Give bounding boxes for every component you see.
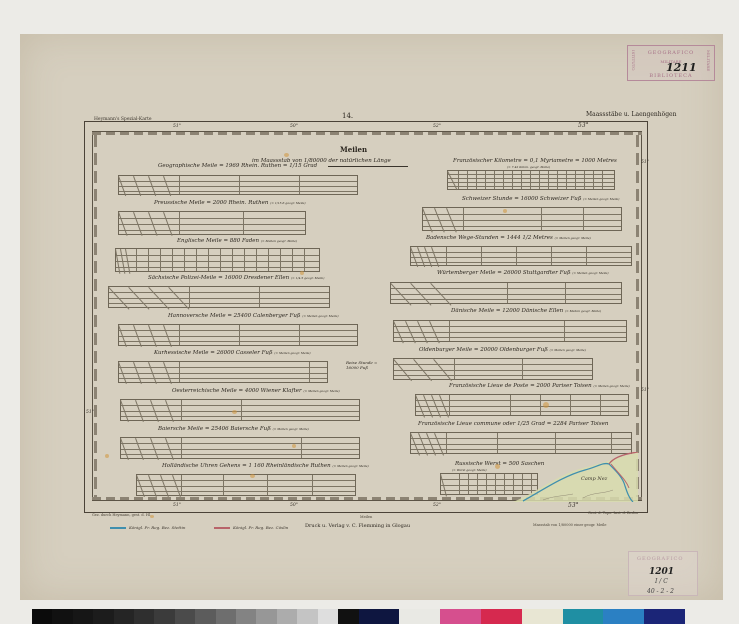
scale-grid [410,432,632,454]
left-degree-band [94,135,97,497]
coastline-inset-map: Camp Nez [513,452,638,502]
scale-grid [410,246,632,266]
scale-right-6: Französische Lieue de Poste = 2000 Paris… [415,383,655,423]
scale-right-5: Oldenburger Meile = 20000 Oldenburger Fu… [393,347,653,387]
bottom-scale-note: Massstab von 1/80000 einer geogr. Meile [533,523,606,527]
library-stamp-bottom: GEOGRAFICO 1201 I / C 40 - 2 - 2 [628,551,698,596]
scale-left-0: Geographische Meile = 1969 Rhein. Ruthen… [118,163,378,203]
scale-left-2: Englische Meile = 880 Faden (= Meilen ge… [115,238,375,278]
scale-grid [118,361,328,383]
scale-caption: Würtemberger Meile = 26000 Stuttgardter … [437,270,609,276]
publisher-imprint: Druck u. Verlag v. C. Flemming in Glogau [305,523,410,529]
scale-caption: Preussische Meile = 2000 Rhein. Ruthen (… [154,200,306,206]
scale-caption: Sächsische Polizei-Meile = 16000 Dresden… [148,275,324,281]
scale-left-8: Holländische Uhren Gehens = 1 160 Rheinl… [136,463,396,503]
scale-caption: Baiersche Meile = 25406 Baiersche Fuß (=… [158,426,309,432]
scale-note: (= 7.42 Kilom. geogr. Meile) [507,165,550,169]
bottom-right-note: Gest. d. Topo. Inst. d. Berlin [588,511,638,515]
library-stamp-top: ISTITUTO MILITARE GEOGRAFICO MILITARE 12… [627,45,715,81]
deg-left-1: 51° [86,410,94,415]
scale-right-0: Französischer Kilometre = 0,1 Myriametre… [447,158,647,198]
deg-top-3: 52° [433,124,441,129]
scale-left-4: Hannoversche Meile = 25400 Calenberger F… [118,313,388,353]
scan-background: ISTITUTO MILITARE GEOGRAFICO MILITARE 12… [0,0,739,624]
sheet-title: Maassstäbe u. Laengenhögen [586,111,676,118]
bottom-left-note: Gez. durch Heymann, gest. d. Hl. [92,513,151,517]
scale-caption: Geographische Meile = 1969 Rhein. Ruthen… [158,163,317,169]
scale-caption: Englische Meile = 880 Faden (= Meilen ge… [177,238,297,244]
deg-bottom-1: 51° [173,503,181,508]
scale-left-7: Baiersche Meile = 25406 Baiersche Fuß (=… [120,426,390,466]
scale-grid [120,437,360,459]
scale-caption: Oldenburger Meile = 20000 Oldenburger Fu… [419,347,586,353]
stamp-line3: BIBLIOTECA [628,73,714,79]
scale-caption: Schweizer Stunde = 16000 Schweizer Fuß (… [462,196,619,202]
scale-grid [118,324,358,346]
bottom-center-note: Meilen [360,515,372,519]
scale-right-4: Dänische Meile = 12000 Dänische Ellen (=… [393,308,653,348]
legend-swatch-red [214,527,230,529]
scale-grid [422,207,622,231]
scale-grid [120,399,360,421]
stamp-bottom-line3: 40 - 2 - 2 [647,588,674,595]
scale-caption: Oesterreichische Meile = 4000 Wiener Kla… [172,388,340,394]
legend-item-coeslin: Königl. Pr. Reg. Bez. Cöslin [214,525,288,530]
scale-grid [393,358,593,380]
reise-stunde-note: Reise Stunde = 16000 Fuß [346,360,380,370]
scale-caption: Badensche Wege-Stunden = 1444 1/2 Metres… [426,235,591,241]
scale-caption: Französische Lieue de Poste = 2000 Paris… [449,383,630,389]
sheet-number: 14. [342,112,353,120]
scale-grid [136,474,356,496]
deg-bottom-2: 50° [290,503,298,508]
scale-caption: Kurhessische Meile = 26000 Casseler Fuß … [154,350,311,356]
scale-left-5: Kurhessische Meile = 26000 Casseler Fuß … [118,350,388,390]
scale-grid [115,248,320,272]
scale-caption: Holländische Uhren Gehens = 1 160 Rheinl… [162,463,369,469]
stamp-bottom-number: 1201 [649,567,674,577]
deg-top-1: 51° [173,124,181,129]
scale-caption: Französische Lieue commune oder 1/25 Gra… [418,421,608,427]
scale-left-1: Preussische Meile = 2000 Rhein. Ruthen (… [118,200,378,240]
stamp-line1: GEOGRAFICO [628,50,714,56]
scale-grid [390,282,622,304]
deg-bottom-4: 53° [568,502,579,509]
scale-grid [108,286,330,308]
scale-grid [447,170,615,190]
scale-right-1: Schweizer Stunde = 16000 Schweizer Fuß (… [422,196,652,236]
scale-right-2: Badensche Wege-Stunden = 1444 1/2 Metres… [410,235,650,275]
scale-grid [393,320,627,342]
scale-grid [118,175,358,195]
legend-item-stettin: Königl. Pr. Reg. Bez. Stettin [110,525,185,530]
color-calibration-strip [32,609,685,624]
legend-swatch-blue [110,527,126,529]
svg-text:Camp Nez: Camp Nez [581,476,608,482]
scale-right-3: Würtemberger Meile = 26000 Stuttgardter … [390,270,650,310]
deg-top-2: 50° [290,124,298,129]
stamp-bottom-line1: GEOGRAFICO [637,556,683,562]
scale-left-6: Oesterreichische Meile = 4000 Wiener Kla… [120,388,390,428]
scale-caption: Französischer Kilometre = 0,1 Myriametre… [453,158,617,164]
scale-grid [118,211,306,235]
scale-caption: Dänische Meile = 12000 Dänische Ellen (=… [451,308,601,314]
main-title: Meilen [340,145,367,154]
stamp-bottom-line2: I / C [655,578,668,585]
scale-note: (= Werst geogr. Meile) [452,468,487,472]
deg-top-4: 53° [578,122,589,129]
top-degree-band [92,132,642,135]
scale-grid [415,394,629,416]
scale-left-3: Sächsische Polizei-Meile = 16000 Dresden… [108,275,378,315]
deg-bottom-3: 52° [433,503,441,508]
scale-caption: Hannoversche Meile = 25400 Calenberger F… [168,313,339,319]
